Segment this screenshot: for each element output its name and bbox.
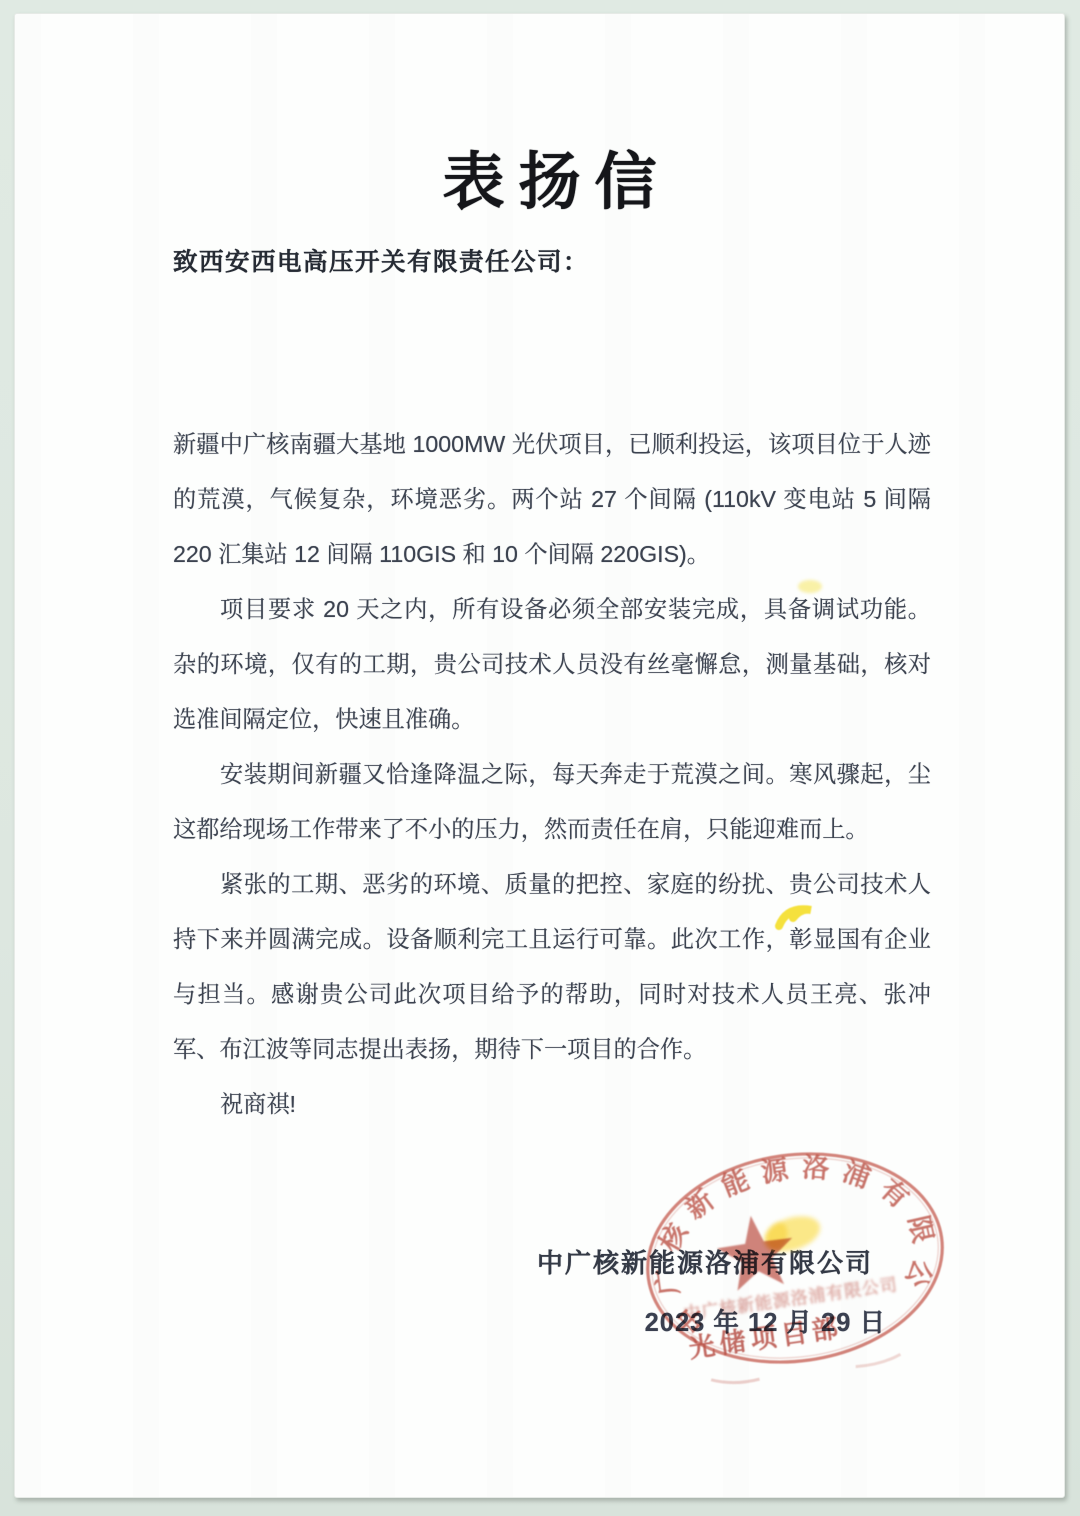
paragraph-4-line-3: 与担当。感谢贵公司此次项目给予的帮助，同时对技术人员王亮、张冲阵、李小: [173, 967, 931, 1022]
letter-salutation: 致西安西电高压开关有限责任公司：: [173, 243, 589, 278]
letter-page: 表扬信 致西安西电高压开关有限责任公司： 新疆中广核南疆大基地 1000MW 光…: [14, 13, 1065, 1498]
signature-date: 2023 年 12 月 29 日: [645, 1303, 886, 1339]
paragraph-1-line-2: 的荒漠，气候复杂，环境恶劣。两个站 27 个间隔 (110kV 变电站 5 间隔…: [173, 472, 931, 527]
signature-company: 中广核新能源洛浦有限公司: [537, 1243, 873, 1280]
seal-ink-smear-2: [855, 1354, 901, 1367]
scanned-letter-screenshot: { "page": { "background_color": "#dde7e0…: [0, 0, 1080, 1516]
paragraph-1-line-3: 220 汇集站 12 间隔 110GIS 和 10 个间隔 220GIS)。: [173, 527, 931, 582]
paragraph-4-line-4: 军、布江波等同志提出表扬，期待下一项目的合作。: [173, 1022, 931, 1077]
paragraph-2-line-3: 选准间隔定位，快速且准确。: [173, 692, 931, 747]
paragraph-4-line-1: 紧张的工期、恶劣的环境、质量的把控、家庭的纷扰、贵公司技术人员都坚: [173, 857, 931, 912]
seal-ink-smear: [711, 1373, 759, 1386]
letter-title: 表扬信: [15, 132, 1064, 221]
letter-body: 新疆中广核南疆大基地 1000MW 光伏项目，已顺利投运，该项目位于人迹罕至 的…: [173, 417, 931, 1132]
paragraph-1-line-1: 新疆中广核南疆大基地 1000MW 光伏项目，已顺利投运，该项目位于人迹罕至: [173, 417, 931, 472]
paragraph-3-line-1: 安装期间新疆又恰逢降温之际，每天奔走于荒漠之间。寒风骤起，尘沙扑面，: [173, 747, 931, 802]
highlight-smudge-small: [798, 580, 822, 593]
closing-line: 祝商祺!: [173, 1077, 931, 1132]
paragraph-2-line-2: 杂的环境，仅有的工期，贵公司技术人员没有丝毫懈怠，测量基础，核对中心线，: [173, 637, 931, 692]
paragraph-3-line-2: 这都给现场工作带来了不小的压力，然而责任在肩，只能迎难而上。: [173, 802, 931, 857]
paragraph-4-line-2: 持下来并圆满完成。设备顺利完工且运行可靠。此次工作，彰显国有企业的责任: [173, 912, 931, 967]
